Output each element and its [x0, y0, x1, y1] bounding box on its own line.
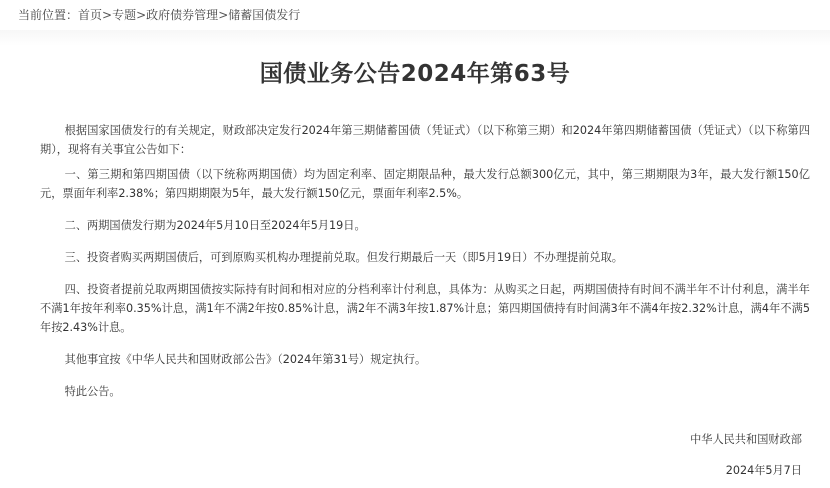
breadcrumb-label: 当前位置： [18, 8, 78, 22]
breadcrumb-link-home[interactable]: 首页 [78, 8, 102, 22]
paragraph-item-3: 三、投资者购买两期国债后，可到原购买机构办理提前兑取。但发行期最后一天（即5月1… [40, 248, 810, 267]
paragraph-closing: 特此公告。 [40, 382, 810, 401]
signature-organization: 中华人民共和国财政部 [690, 432, 802, 448]
header-divider-band [0, 30, 830, 46]
paragraph-item-4: 四、投资者提前兑取两期国债按实际持有时间和相对应的分档利率计付利息，具体为：从购… [40, 280, 810, 337]
breadcrumb: 当前位置：首页>专题>政府债券管理>储蓄国债发行 [18, 7, 300, 23]
paragraph-intro: 根据国家国债发行的有关规定，财政部决定发行2024年第三期储蓄国债（凭证式）（以… [40, 121, 810, 159]
breadcrumb-separator: > [218, 8, 228, 22]
signature-date: 2024年5月7日 [726, 463, 802, 479]
breadcrumb-separator: > [102, 8, 112, 22]
breadcrumb-link-savings-bond-issuance[interactable]: 储蓄国债发行 [228, 8, 300, 22]
breadcrumb-separator: > [136, 8, 146, 22]
announcement-body: 根据国家国债发行的有关规定，财政部决定发行2024年第三期储蓄国债（凭证式）（以… [40, 121, 810, 414]
breadcrumb-link-gov-bond-management[interactable]: 政府债券管理 [146, 8, 218, 22]
paragraph-other-matters: 其他事宜按《中华人民共和国财政部公告》（2024年第31号）规定执行。 [40, 350, 810, 369]
paragraph-item-1: 一、第三期和第四期国债（以下统称两期国债）均为固定利率、固定期限品种，最大发行总… [40, 165, 810, 203]
paragraph-item-2: 二、两期国债发行期为2024年5月10日至2024年5月19日。 [40, 216, 810, 235]
breadcrumb-link-topics[interactable]: 专题 [112, 8, 136, 22]
page-title: 国债业务公告2024年第63号 [0, 58, 830, 90]
